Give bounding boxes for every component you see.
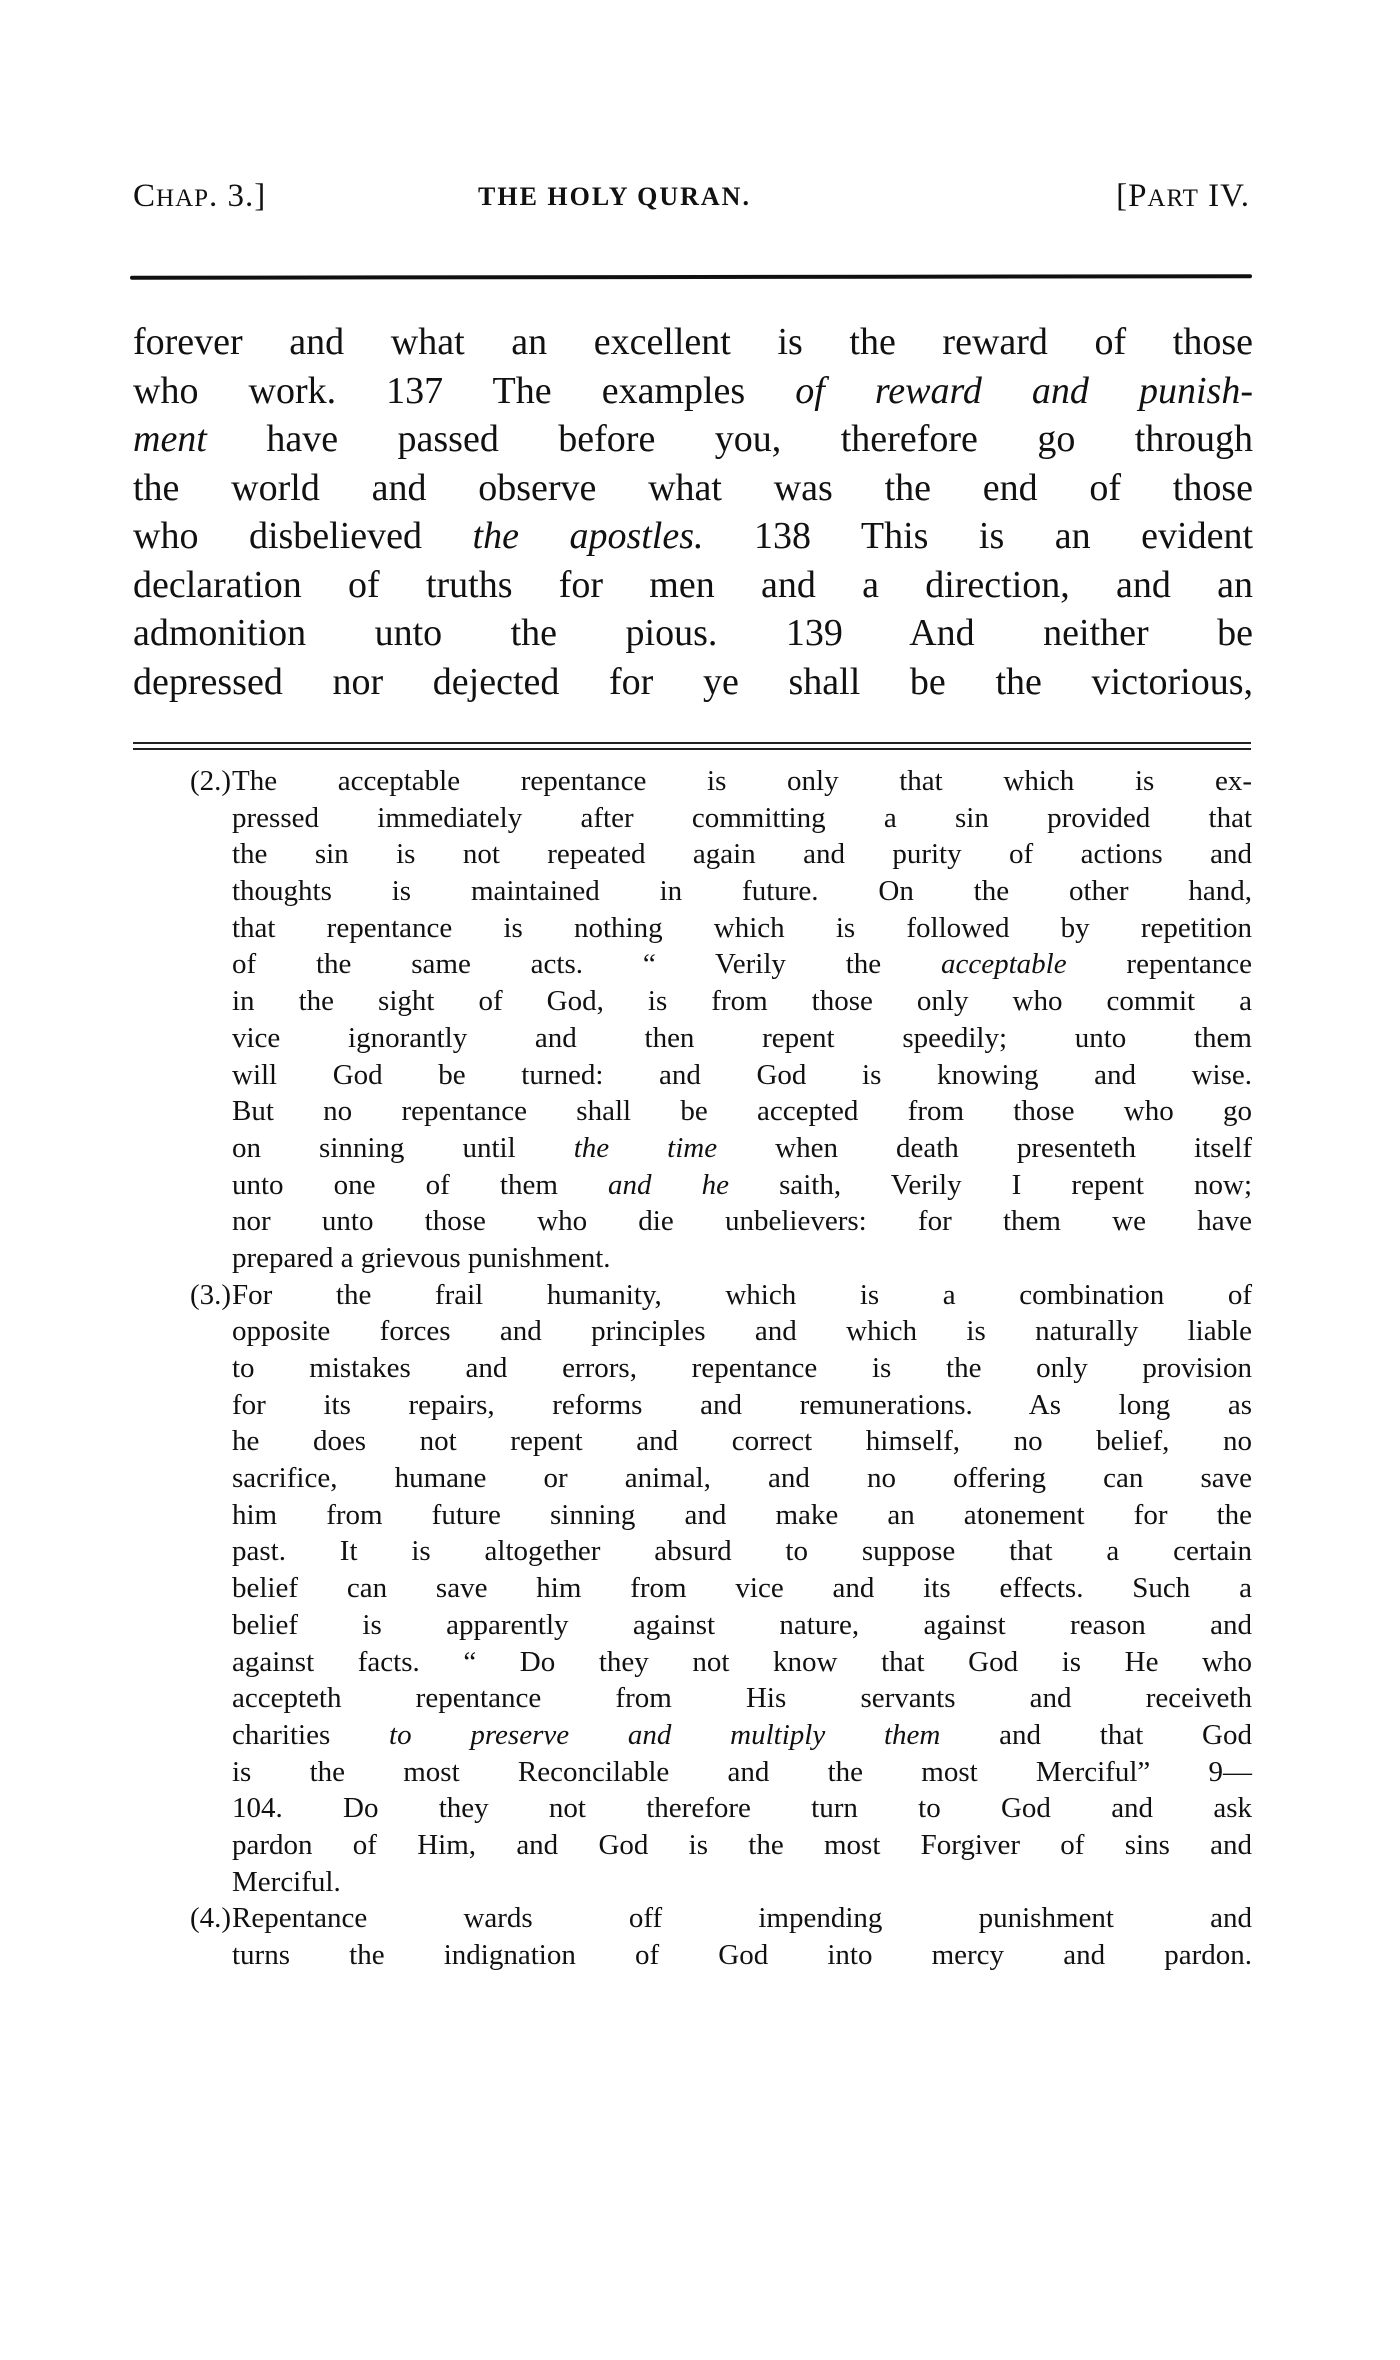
text-run: Merciful. [232,1866,341,1898]
text-line: admonition unto the pious. 139 And neith… [133,609,1253,658]
text-run: he does not repent and correct himself, … [232,1425,1252,1457]
text-line: Merciful. [232,1864,1252,1901]
text-run: have passed before you, therefore go thr… [207,418,1253,460]
footnote-number: (2.) [190,763,231,800]
italic-run: of reward and punish- [795,370,1253,412]
footnote-body: For the frail humanity, which is a combi… [232,1277,1252,1901]
italic-run: the apostles. [473,515,704,557]
book-title: THE HOLY QURAN. [478,182,751,212]
text-run: him from future sinning and make an aton… [232,1499,1252,1531]
text-line: unto one of them and he saith, Verily I … [232,1167,1252,1204]
text-line: turns the indignation of God into mercy … [232,1937,1252,1974]
text-run: the world and observe what was the end o… [133,467,1253,509]
text-run: pardon of Him, and God is the most Forgi… [232,1829,1252,1861]
text-run: turns the indignation of God into mercy … [232,1939,1252,1971]
text-run: to mistakes and errors, repentance is th… [232,1352,1252,1384]
text-line: he does not repent and correct himself, … [232,1423,1252,1460]
text-line: that repentance is nothing which is foll… [232,910,1252,947]
italic-run: and he [608,1169,729,1201]
text-line: in the sight of God, is from those only … [232,983,1252,1020]
text-line: accepteth repentance from His servants a… [232,1680,1252,1717]
text-run: will God be turned: and God is knowing a… [232,1059,1252,1091]
text-line: pressed immediately after committing a s… [232,800,1252,837]
footnote: (3.)For the frail humanity, which is a c… [190,1277,1252,1901]
text-line: the sin is not repeated again and purity… [232,836,1252,873]
text-line: opposite forces and principles and which… [232,1313,1252,1350]
text-run: repentance [1067,948,1252,980]
text-line: Repentance wards off impending punishmen… [232,1900,1252,1937]
chapter-label: CHAP. 3.] [133,178,266,215]
scanned-book-page: CHAP. 3.] THE HOLY QURAN. [PART IV. fore… [0,0,1400,2360]
text-run: when death presenteth itself [717,1132,1252,1164]
text-line: prepared a grievous punishment. [232,1240,1252,1277]
text-run: is the most Reconcilable and the most Me… [232,1756,1252,1788]
text-run: opposite forces and principles and which… [232,1315,1252,1347]
text-run: prepared a grievous punishment. [232,1242,611,1274]
text-run: who work. 137 The examples [133,370,795,412]
text-run: sacrifice, humane or animal, and no offe… [232,1462,1252,1494]
part-label: [PART IV. [1116,178,1250,215]
text-run: But no repentance shall be accepted from… [232,1095,1252,1127]
text-run: 104. Do they not therefore turn to God a… [232,1792,1252,1824]
italic-run: to preserve and multiply them [389,1719,940,1751]
text-run: admonition unto the pious. 139 And neith… [133,612,1253,654]
footnote-number: (3.) [190,1277,231,1314]
text-run: saith, Verily I repent now; [729,1169,1252,1201]
text-line: the world and observe what was the end o… [133,464,1253,513]
text-run: vice ignorantly and then repent speedily… [232,1022,1252,1054]
main-verse-text: forever and what an excellent is the rew… [133,318,1253,706]
text-line: against facts. “ Do they not know that G… [232,1644,1252,1681]
text-line: 104. Do they not therefore turn to God a… [232,1790,1252,1827]
text-line: of the same acts. “ Verily the acceptabl… [232,946,1252,983]
text-run: thoughts is maintained in future. On the… [232,875,1252,907]
footnote-body: Repentance wards off impending punishmen… [232,1900,1252,1973]
text-line: vice ignorantly and then repent speedily… [232,1020,1252,1057]
text-run: forever and what an excellent is the rew… [133,321,1253,363]
text-line: forever and what an excellent is the rew… [133,318,1253,367]
text-line: For the frail humanity, which is a combi… [232,1277,1252,1314]
rule-line [133,742,1251,744]
text-line: sacrifice, humane or animal, and no offe… [232,1460,1252,1497]
footnote-number: (4.) [190,1900,231,1937]
footnote-body: The acceptable repentance is only that w… [232,763,1252,1277]
text-run: The acceptable repentance is only that w… [232,765,1252,797]
text-line: is the most Reconcilable and the most Me… [232,1754,1252,1791]
text-run: of the same acts. “ Verily the [232,948,941,980]
text-line: charities to preserve and multiply them … [232,1717,1252,1754]
text-run: that repentance is nothing which is foll… [232,912,1252,944]
text-line: ment have passed before you, therefore g… [133,415,1253,464]
text-line: declaration of truths for men and a dire… [133,561,1253,610]
text-run: depressed nor dejected for ye shall be t… [133,661,1253,703]
text-run: who disbelieved [133,515,473,557]
text-run: belief is apparently against nature, aga… [232,1609,1252,1641]
text-run: For the frail humanity, which is a combi… [232,1279,1252,1311]
text-line: who work. 137 The examples of reward and… [133,367,1253,416]
text-line: will God be turned: and God is knowing a… [232,1057,1252,1094]
text-run: against facts. “ Do they not know that G… [232,1646,1252,1678]
text-line: pardon of Him, and God is the most Forgi… [232,1827,1252,1864]
text-run: 138 This is an evident [704,515,1253,557]
text-run: unto one of them [232,1169,608,1201]
italic-run: the time [574,1132,717,1164]
text-line: But no repentance shall be accepted from… [232,1093,1252,1130]
text-run: declaration of truths for men and a dire… [133,564,1253,606]
text-line: on sinning until the time when death pre… [232,1130,1252,1167]
text-run: for its repairs, reforms and remuneratio… [232,1389,1252,1421]
text-run: pressed immediately after committing a s… [232,802,1252,834]
text-run: on sinning until [232,1132,574,1164]
footnote: (2.)The acceptable repentance is only th… [190,763,1252,1277]
text-line: belief is apparently against nature, aga… [232,1607,1252,1644]
italic-run: ment [133,418,207,460]
text-run: in the sight of God, is from those only … [232,985,1252,1017]
text-line: for its repairs, reforms and remuneratio… [232,1387,1252,1424]
running-head: CHAP. 3.] THE HOLY QURAN. [PART IV. [133,178,1250,228]
text-line: nor unto those who die unbelievers: for … [232,1203,1252,1240]
text-line: past. It is altogether absurd to suppose… [232,1533,1252,1570]
text-run: past. It is altogether absurd to suppose… [232,1535,1252,1567]
text-line: who disbelieved the apostles. 138 This i… [133,512,1253,561]
footnotes: (2.)The acceptable repentance is only th… [190,763,1252,1974]
rule-line [133,748,1251,750]
text-run: the sin is not repeated again and purity… [232,838,1252,870]
text-line: him from future sinning and make an aton… [232,1497,1252,1534]
text-run: and that God [940,1719,1252,1751]
text-line: thoughts is maintained in future. On the… [232,873,1252,910]
text-line: to mistakes and errors, repentance is th… [232,1350,1252,1387]
footnote: (4.)Repentance wards off impending punis… [190,1900,1252,1973]
text-run: accepteth repentance from His servants a… [232,1682,1252,1714]
footnote-separator-rule [133,742,1251,751]
text-line: The acceptable repentance is only that w… [232,763,1252,800]
italic-run: acceptable [941,948,1067,980]
header-rule [130,274,1252,280]
text-run: charities [232,1719,389,1751]
text-line: belief can save him from vice and its ef… [232,1570,1252,1607]
text-run: Repentance wards off impending punishmen… [232,1902,1252,1934]
text-run: nor unto those who die unbelievers: for … [232,1205,1252,1237]
text-line: depressed nor dejected for ye shall be t… [133,658,1253,707]
text-run: belief can save him from vice and its ef… [232,1572,1252,1604]
